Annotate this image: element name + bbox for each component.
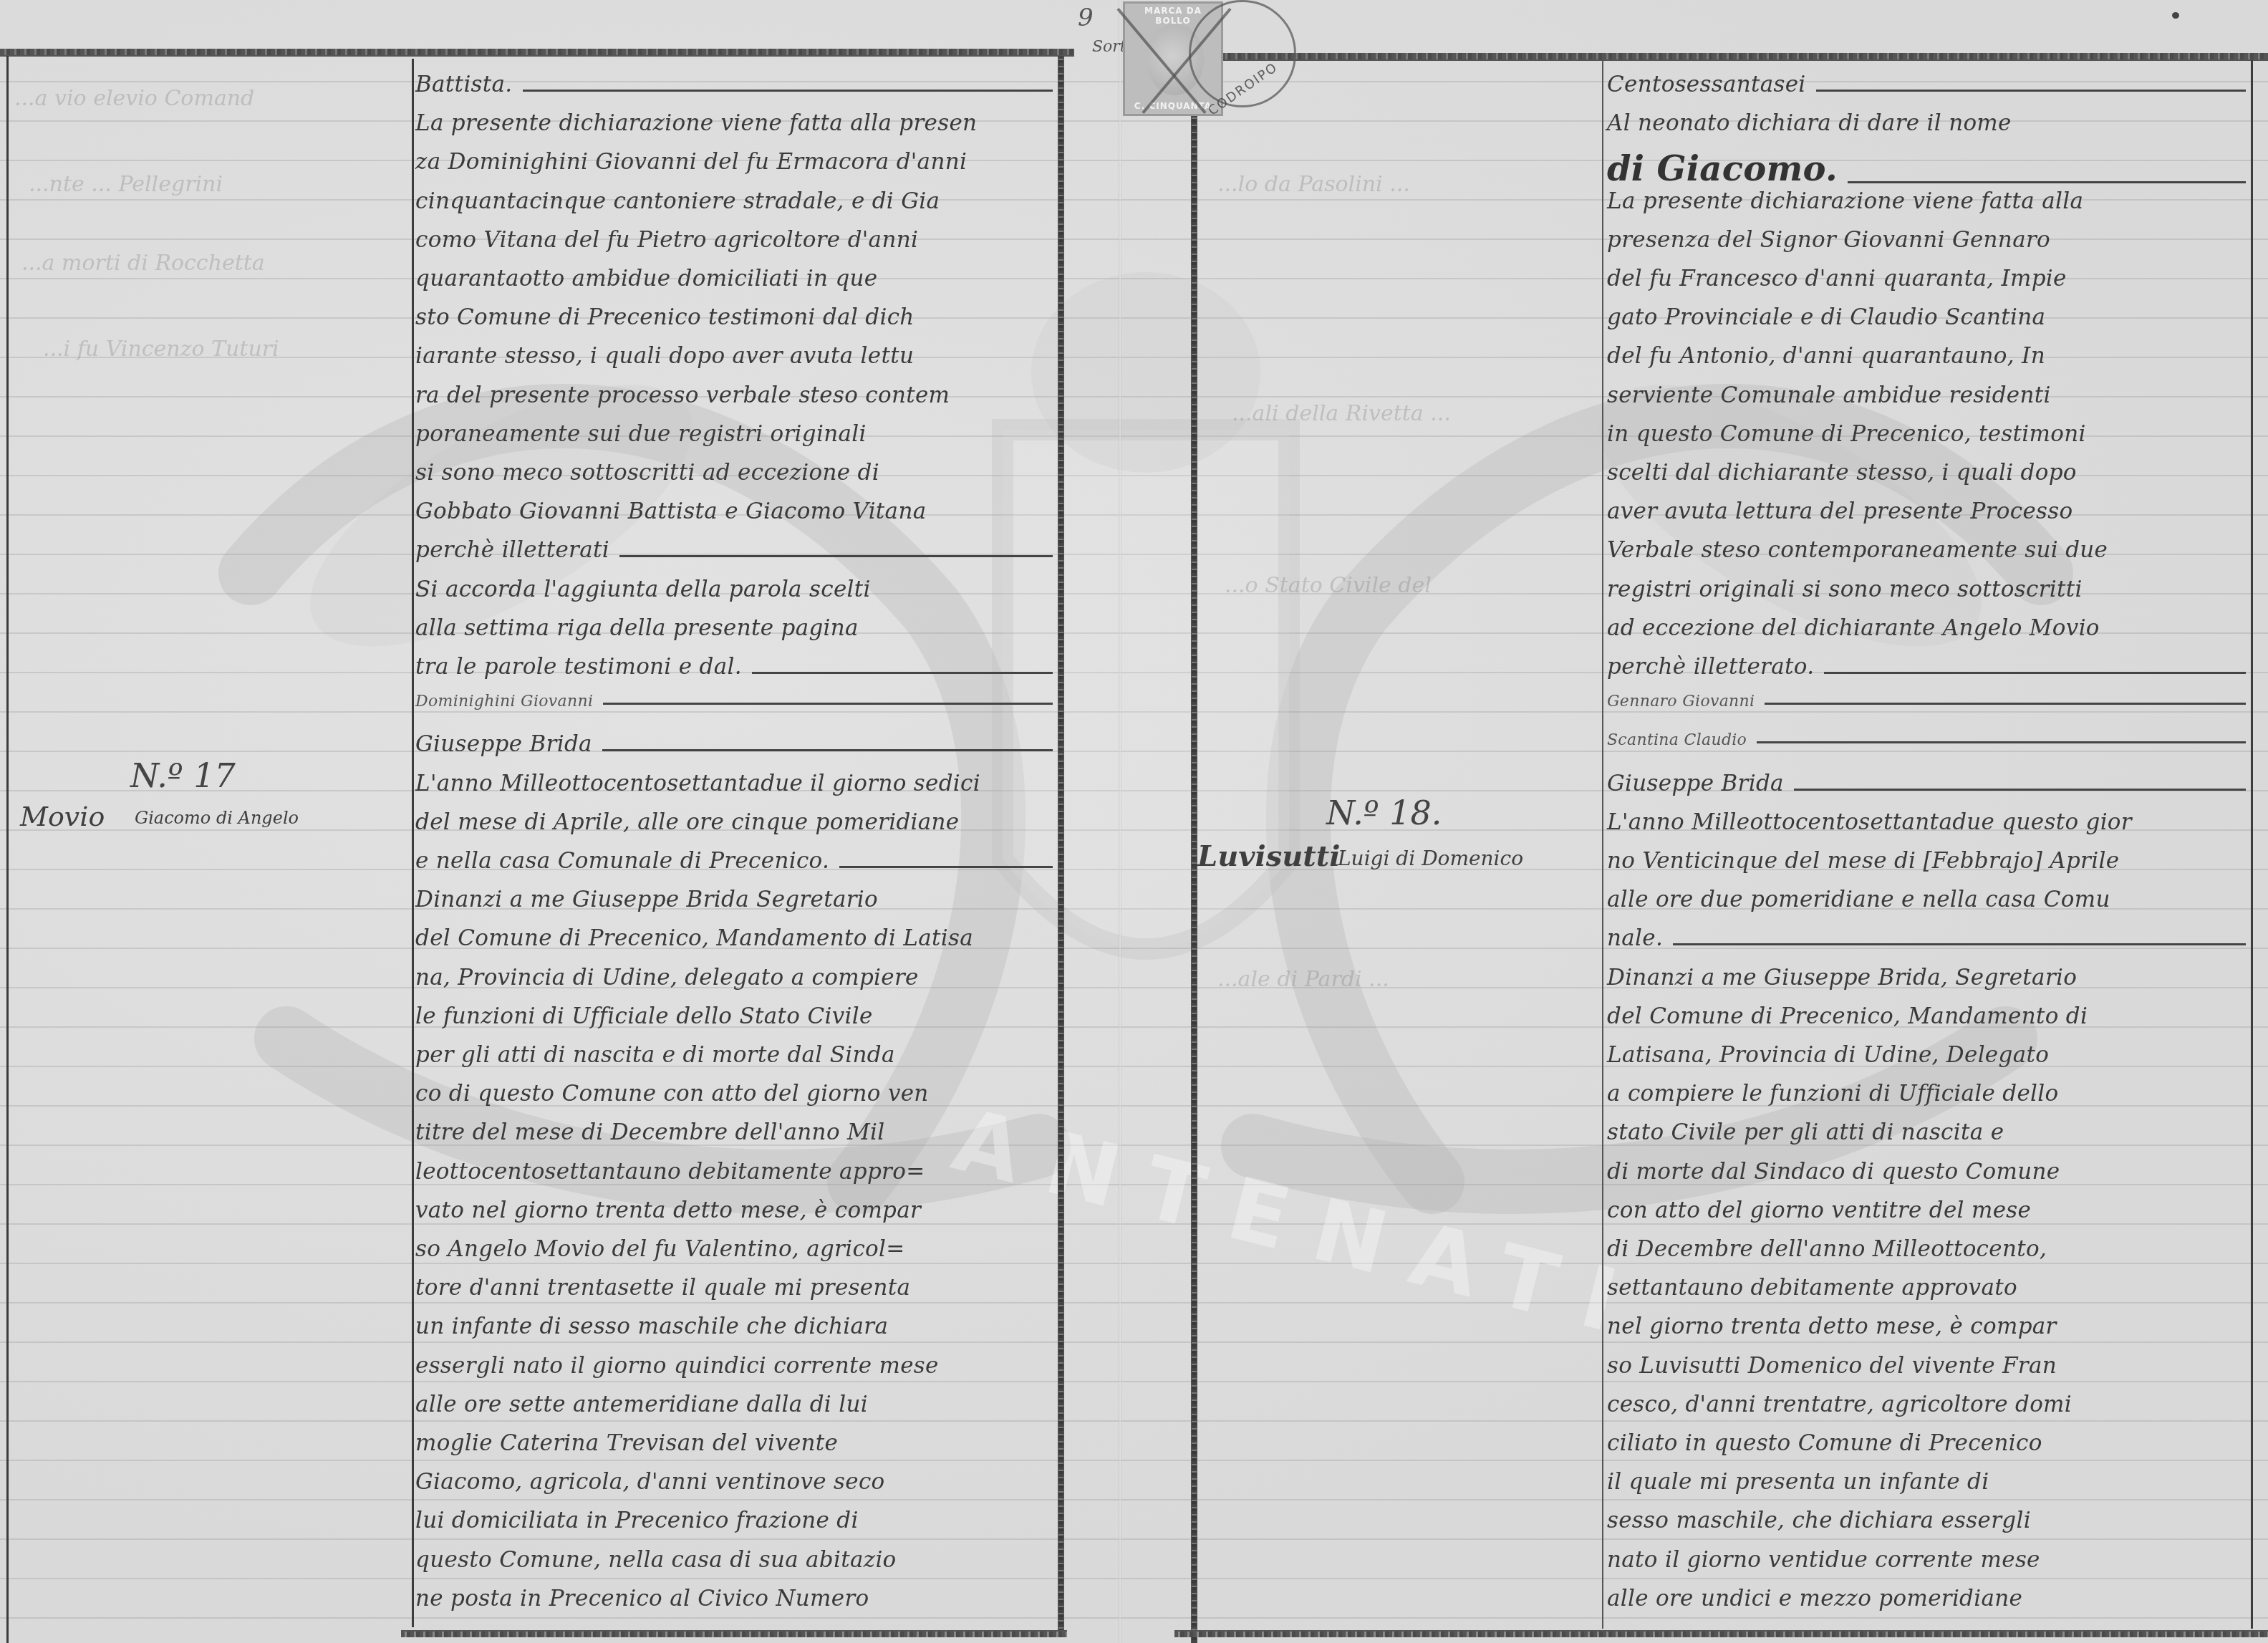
line-text: Gobbato Giovanni Battista e Giacomo Vita… xyxy=(415,498,926,524)
left-page-outer-rule xyxy=(6,56,9,1643)
line-filler-dash xyxy=(1848,181,2246,183)
child-given-name: Luigi di Domenico xyxy=(1338,847,1523,870)
line-text: quarantaotto ambidue domiciliati in que xyxy=(415,266,877,291)
line-filler-dash xyxy=(839,866,1053,868)
handwritten-line: con atto del giorno ventitre del mese xyxy=(1607,1198,2246,1223)
right-page-top-border xyxy=(1221,53,2268,61)
bleed-line: ...ali della Rivetta ... xyxy=(1232,401,1451,426)
handwritten-line: tra le parole testimoni e dal. xyxy=(415,654,1053,680)
handwritten-line: settantauno debitamente approvato xyxy=(1607,1275,2246,1301)
line-text: so Angelo Movio del fu Valentino, agrico… xyxy=(415,1236,905,1262)
line-text: del Comune di Precenico, Mandamento di L… xyxy=(415,925,973,951)
handwritten-line: na, Provincia di Udine, delegato a compi… xyxy=(415,965,1053,991)
handwritten-line: ciliato in questo Comune di Precenico xyxy=(1607,1430,2246,1456)
handwritten-line: sto Comune di Precenico testimoni dal di… xyxy=(415,304,1053,330)
handwritten-line: Dominighini Giovanni xyxy=(415,693,1053,710)
left-page-right-border xyxy=(1058,56,1064,1632)
line-filler-dash xyxy=(1816,90,2246,92)
line-text: del fu Antonio, d'anni quarantauno, In xyxy=(1607,343,2045,369)
cancellation-seal: CODROIPO xyxy=(1189,0,1296,107)
line-text: vato nel giorno trenta detto mese, è com… xyxy=(415,1198,921,1223)
line-text: settantauno debitamente approvato xyxy=(1607,1275,2017,1301)
handwritten-line: La presente dichiarazione viene fatta al… xyxy=(415,110,1053,136)
handwritten-line: in questo Comune di Precenico, testimoni xyxy=(1607,421,2246,447)
handwritten-line: del fu Francesco d'anni quaranta, Impie xyxy=(1607,266,2246,291)
ink-spot xyxy=(2172,12,2179,19)
line-text: nale. xyxy=(1607,925,1663,951)
line-text: Dominighini Giovanni xyxy=(415,693,593,710)
handwritten-line: nato il giorno ventidue corrente mese xyxy=(1607,1547,2246,1573)
left-page-bottom-border xyxy=(401,1630,1067,1637)
handwritten-line: cinquantacinque cantoniere stradale, e d… xyxy=(415,188,1053,214)
line-text: in questo Comune di Precenico, testimoni xyxy=(1607,421,2086,447)
line-text: ad eccezione del dichiarante Angelo Movi… xyxy=(1607,615,2100,641)
line-text: per gli atti di nascita e di morte dal S… xyxy=(415,1042,895,1068)
handwritten-line: il quale mi presenta un infante di xyxy=(1607,1469,2246,1495)
handwritten-line: nale. xyxy=(1607,925,2246,951)
handwritten-line: so Luvisutti Domenico del vivente Fran xyxy=(1607,1353,2246,1379)
line-text: Centosessantasei xyxy=(1607,72,1806,97)
line-text: leottocentosettantauno debitamente appro… xyxy=(415,1159,925,1185)
line-filler-dash xyxy=(602,749,1053,751)
handwritten-line: como Vitana del fu Pietro agricoltore d'… xyxy=(415,227,1053,253)
handwritten-line: gato Provinciale e di Claudio Scantina xyxy=(1607,304,2246,330)
line-text: alle ore sette antemeridiane dalla di lu… xyxy=(415,1392,868,1417)
line-text: Giacomo, agricola, d'anni ventinove seco xyxy=(415,1469,885,1495)
bleed-line: ...lo da Pasolini ... xyxy=(1217,172,1410,197)
handwritten-line: leottocentosettantauno debitamente appro… xyxy=(415,1159,1053,1185)
right-page-bottom-border xyxy=(1174,1630,2268,1637)
handwritten-line: cesco, d'anni trentatre, agricoltore dom… xyxy=(1607,1392,2246,1417)
handwritten-line: vato nel giorno trenta detto mese, è com… xyxy=(415,1198,1053,1223)
bleed-line: ...a vio elevio Comand xyxy=(14,86,254,111)
act-number: N.º 18. xyxy=(1326,794,1442,832)
line-text: tore d'anni trentasette il quale mi pres… xyxy=(415,1275,910,1301)
line-text: no Venticinque del mese di [Febbrajo] Ap… xyxy=(1607,848,2119,874)
handwritten-line: lui domiciliata in Precenico frazione di xyxy=(415,1508,1053,1533)
line-filler-dash xyxy=(1765,703,2246,705)
act-number: N.º 17 xyxy=(130,756,236,795)
line-text: na, Provincia di Udine, delegato a compi… xyxy=(415,965,919,991)
line-text: a compiere le funzioni di Ufficiale dell… xyxy=(1607,1081,2059,1107)
handwritten-line: del fu Antonio, d'anni quarantauno, In xyxy=(1607,343,2246,369)
handwritten-line: registri originali si sono meco sottoscr… xyxy=(1607,577,2246,602)
line-text: Dinanzi a me Giuseppe Brida, Segretario xyxy=(1607,965,2077,991)
line-text: di Decembre dell'anno Milleottocento, xyxy=(1607,1236,2047,1262)
bleed-line: ...a morti di Rocchetta xyxy=(21,251,265,276)
line-text: e nella casa Comunale di Precenico. xyxy=(415,848,829,874)
right-page-right-rule xyxy=(2251,60,2253,1629)
handwritten-line: L'anno Milleottocentosettantadue il gior… xyxy=(415,771,1053,796)
handwritten-line: Giuseppe Brida xyxy=(1607,771,2246,796)
handwritten-line: moglie Caterina Trevisan del vivente xyxy=(415,1430,1053,1456)
bleed-line: ...ale di Pardi ... xyxy=(1217,967,1389,992)
line-text: di morte dal Sindaco di questo Comune xyxy=(1607,1159,2060,1185)
line-text: un infante di sesso maschile che dichiar… xyxy=(415,1314,888,1339)
handwritten-line: essergli nato il giorno quindici corrent… xyxy=(415,1353,1053,1379)
handwritten-line: La presente dichiarazione viene fatta al… xyxy=(1607,188,2246,214)
line-filler-dash xyxy=(1673,943,2246,945)
line-text: za Dominighini Giovanni del fu Ermacora … xyxy=(415,149,967,175)
handwritten-line: scelti dal dichiarante stesso, i quali d… xyxy=(1607,460,2246,486)
handwritten-line: di morte dal Sindaco di questo Comune xyxy=(1607,1159,2246,1185)
handwritten-line: di Decembre dell'anno Milleottocento, xyxy=(1607,1236,2246,1262)
right-page-left-border xyxy=(1191,115,1197,1643)
line-text: il quale mi presenta un infante di xyxy=(1607,1469,1989,1495)
handwritten-line: Scantina Claudio xyxy=(1607,731,2246,749)
line-text: aver avuta lettura del presente Processo xyxy=(1607,498,2072,524)
cancel-seal-text: CODROIPO xyxy=(1206,59,1281,118)
line-text: sesso maschile, che dichiara essergli xyxy=(1607,1508,2031,1533)
handwritten-line: za Dominighini Giovanni del fu Ermacora … xyxy=(415,149,1053,175)
line-text: con atto del giorno ventitre del mese xyxy=(1607,1198,2031,1223)
line-text: poraneamente sui due registri originali xyxy=(415,421,867,447)
line-text: co di questo Comune con atto del giorno … xyxy=(415,1081,929,1107)
line-text: del Comune di Precenico, Mandamento di xyxy=(1607,1003,2088,1029)
line-text: si sono meco sottoscritti ad eccezione d… xyxy=(415,460,879,486)
handwritten-line: Battista. xyxy=(415,72,1053,97)
left-page-margin-rule xyxy=(412,59,414,1627)
handwritten-line: titre del mese di Decembre dell'anno Mil xyxy=(415,1119,1053,1145)
handwritten-line: Dinanzi a me Giuseppe Brida, Segretario xyxy=(1607,965,2246,991)
line-text: so Luvisutti Domenico del vivente Fran xyxy=(1607,1353,2057,1379)
handwritten-line: ra del presente processo verbale steso c… xyxy=(415,382,1053,408)
line-text: L'anno Milleottocentosettantadue questo … xyxy=(1607,809,2132,835)
line-filler-dash xyxy=(523,90,1053,92)
handwritten-line: del Comune di Precenico, Mandamento di xyxy=(1607,1003,2246,1029)
line-text: iarante stesso, i quali dopo aver avuta … xyxy=(415,343,914,369)
handwritten-line: ad eccezione del dichiarante Angelo Movi… xyxy=(1607,615,2246,641)
document-sheet: ANTENATI 9 Sorten / MARCA DA BOLLO C. CI… xyxy=(0,0,2268,1643)
handwritten-line: aver avuta lettura del presente Processo xyxy=(1607,498,2246,524)
line-text: stato Civile per gli atti di nascita e xyxy=(1607,1119,2004,1145)
line-text: del mese di Aprile, alle ore cinque pome… xyxy=(415,809,959,835)
line-text: nel giorno trenta detto mese, è compar xyxy=(1607,1314,2057,1339)
line-text: le funzioni di Ufficiale dello Stato Civ… xyxy=(415,1003,873,1029)
handwritten-line: si sono meco sottoscritti ad eccezione d… xyxy=(415,460,1053,486)
line-text: cesco, d'anni trentatre, agricoltore dom… xyxy=(1607,1392,2072,1417)
handwritten-line: questo Comune, nella casa di sua abitazi… xyxy=(415,1547,1053,1573)
handwritten-line: le funzioni di Ufficiale dello Stato Civ… xyxy=(415,1003,1053,1029)
line-text: ne posta in Precenico al Civico Numero xyxy=(415,1586,869,1611)
line-text: scelti dal dichiarante stesso, i quali d… xyxy=(1607,460,2077,486)
handwritten-line: a compiere le funzioni di Ufficiale dell… xyxy=(1607,1081,2246,1107)
handwritten-line: Latisana, Provincia di Udine, Delegato xyxy=(1607,1042,2246,1068)
handwritten-line: del Comune di Precenico, Mandamento di L… xyxy=(415,925,1053,951)
left-page-top-border xyxy=(0,49,1074,57)
line-text: lui domiciliata in Precenico frazione di xyxy=(415,1508,859,1533)
line-text: Battista. xyxy=(415,72,513,97)
line-text: gato Provinciale e di Claudio Scantina xyxy=(1607,304,2045,330)
line-text: Dinanzi a me Giuseppe Brida Segretario xyxy=(415,887,878,912)
line-text: di Giacomo. xyxy=(1607,149,1838,189)
folio-number-value: 9 xyxy=(1078,4,1094,32)
line-text: como Vitana del fu Pietro agricoltore d'… xyxy=(415,227,918,253)
line-text: registri originali si sono meco sottoscr… xyxy=(1607,577,2083,602)
child-surname: Luvisutti xyxy=(1197,839,1340,873)
handwritten-line: Al neonato dichiara di dare il nome xyxy=(1607,110,2246,136)
handwritten-line: alla settima riga della presente pagina xyxy=(415,615,1053,641)
handwritten-line: no Venticinque del mese di [Febbrajo] Ap… xyxy=(1607,848,2246,874)
line-text: cinquantacinque cantoniere stradale, e d… xyxy=(415,188,940,214)
line-text: essergli nato il giorno quindici corrent… xyxy=(415,1353,939,1379)
line-filler-dash xyxy=(619,555,1053,557)
handwritten-line: alle ore undici e mezzo pomeridiane xyxy=(1607,1586,2246,1611)
bleed-line: ...i fu Vincenzo Tuturi xyxy=(43,337,279,362)
line-filler-dash xyxy=(603,703,1053,705)
handwritten-line: perchè illetterati xyxy=(415,537,1053,563)
line-text: serviente Comunale ambidue residenti xyxy=(1607,382,2051,408)
handwritten-line: alle ore sette antemeridiane dalla di lu… xyxy=(415,1392,1053,1417)
handwritten-line: presenza del Signor Giovanni Gennaro xyxy=(1607,227,2246,253)
line-text: sto Comune di Precenico testimoni dal di… xyxy=(415,304,915,330)
line-text: alla settima riga della presente pagina xyxy=(415,615,859,641)
handwritten-line: nel giorno trenta detto mese, è compar xyxy=(1607,1314,2246,1339)
handwritten-line: Verbale steso contemporaneamente sui due xyxy=(1607,537,2246,563)
handwritten-line: Gennaro Giovanni xyxy=(1607,693,2246,710)
handwritten-line: Centosessantasei xyxy=(1607,72,2246,97)
line-text: perchè illetterati xyxy=(415,537,609,563)
handwritten-line: serviente Comunale ambidue residenti xyxy=(1607,382,2246,408)
line-text: presenza del Signor Giovanni Gennaro xyxy=(1607,227,2050,253)
handwritten-line: iarante stesso, i quali dopo aver avuta … xyxy=(415,343,1053,369)
handwritten-line: del mese di Aprile, alle ore cinque pome… xyxy=(415,809,1053,835)
line-text: Si accorda l'aggiunta della parola scelt… xyxy=(415,577,871,602)
line-filler-dash xyxy=(752,672,1053,674)
line-text: L'anno Milleottocentosettantadue il gior… xyxy=(415,771,980,796)
line-text: del fu Francesco d'anni quaranta, Impie xyxy=(1607,266,2067,291)
bleed-line: ...o Stato Civile del xyxy=(1225,573,1432,598)
line-text: moglie Caterina Trevisan del vivente xyxy=(415,1430,838,1456)
handwritten-line: sesso maschile, che dichiara essergli xyxy=(1607,1508,2246,1533)
line-text: tra le parole testimoni e dal. xyxy=(415,654,742,680)
line-text: La presente dichiarazione viene fatta al… xyxy=(415,110,977,136)
line-text: Latisana, Provincia di Udine, Delegato xyxy=(1607,1042,2049,1068)
handwritten-line: Dinanzi a me Giuseppe Brida Segretario xyxy=(415,887,1053,912)
handwritten-line: co di questo Comune con atto del giorno … xyxy=(415,1081,1053,1107)
handwritten-line: un infante di sesso maschile che dichiar… xyxy=(415,1314,1053,1339)
handwritten-line: L'anno Milleottocentosettantadue questo … xyxy=(1607,809,2246,835)
right-page-margin-rule xyxy=(1602,60,1603,1629)
line-text: La presente dichiarazione viene fatta al… xyxy=(1607,188,2083,214)
line-filler-dash xyxy=(1757,741,2246,743)
line-text: Gennaro Giovanni xyxy=(1607,693,1755,710)
handwritten-line: e nella casa Comunale di Precenico. xyxy=(415,848,1053,874)
line-filler-dash xyxy=(1824,672,2246,674)
gutter-fold xyxy=(1119,0,1121,1643)
handwritten-line: stato Civile per gli atti di nascita e xyxy=(1607,1119,2246,1145)
line-text: ra del presente processo verbale steso c… xyxy=(415,382,950,408)
line-text: nato il giorno ventidue corrente mese xyxy=(1607,1547,2040,1573)
line-text: Giuseppe Brida xyxy=(415,731,592,757)
handwritten-line: di Giacomo. xyxy=(1607,149,2246,189)
line-text: titre del mese di Decembre dell'anno Mil xyxy=(415,1119,884,1145)
bleed-line: ...nte ... Pellegrini xyxy=(29,172,223,197)
handwritten-line: ne posta in Precenico al Civico Numero xyxy=(415,1586,1053,1611)
line-text: Verbale steso contemporaneamente sui due xyxy=(1607,537,2108,563)
line-text: perchè illetterato. xyxy=(1607,654,1814,680)
child-surname: Movio xyxy=(20,801,105,832)
handwritten-line: Si accorda l'aggiunta della parola scelt… xyxy=(415,577,1053,602)
handwritten-line: perchè illetterato. xyxy=(1607,654,2246,680)
line-filler-dash xyxy=(1794,789,2246,791)
handwritten-line: Giuseppe Brida xyxy=(415,731,1053,757)
line-text: alle ore due pomeridiane e nella casa Co… xyxy=(1607,887,2110,912)
handwritten-line: Gobbato Giovanni Battista e Giacomo Vita… xyxy=(415,498,1053,524)
child-given-name: Giacomo di Angelo xyxy=(135,808,299,828)
handwritten-line: so Angelo Movio del fu Valentino, agrico… xyxy=(415,1236,1053,1262)
handwritten-line: per gli atti di nascita e di morte dal S… xyxy=(415,1042,1053,1068)
line-text: Al neonato dichiara di dare il nome xyxy=(1607,110,2012,136)
line-text: Scantina Claudio xyxy=(1607,731,1747,749)
handwritten-line: Giacomo, agricola, d'anni ventinove seco xyxy=(415,1469,1053,1495)
line-text: Giuseppe Brida xyxy=(1607,771,1784,796)
folio-number: 9 Sorten / xyxy=(1078,4,1094,32)
line-text: ciliato in questo Comune di Precenico xyxy=(1607,1430,2042,1456)
handwritten-line: tore d'anni trentasette il quale mi pres… xyxy=(415,1275,1053,1301)
handwritten-line: quarantaotto ambidue domiciliati in que xyxy=(415,266,1053,291)
handwritten-line: alle ore due pomeridiane e nella casa Co… xyxy=(1607,887,2246,912)
line-text: questo Comune, nella casa di sua abitazi… xyxy=(415,1547,897,1573)
line-text: alle ore undici e mezzo pomeridiane xyxy=(1607,1586,2022,1611)
handwritten-line: poraneamente sui due registri originali xyxy=(415,421,1053,447)
